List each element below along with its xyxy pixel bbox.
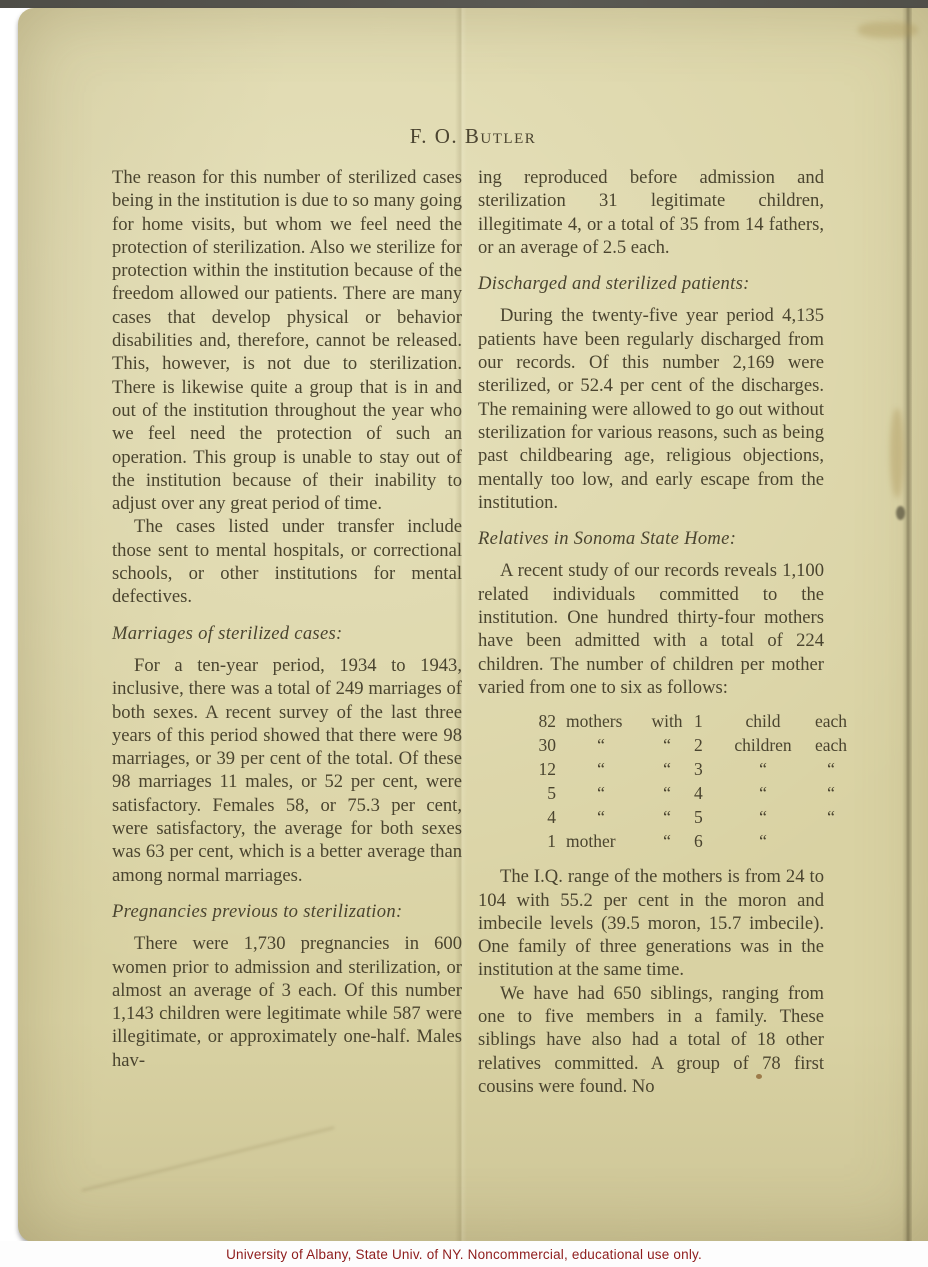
paragraph: For a ten-year period, 1934 to 1943, inc… [112,654,462,887]
ditto-mark: “ [560,757,642,781]
table-row: 30 “ “ 2 children each [534,733,824,757]
paragraph: There were 1,730 pregnancies in 600 wome… [112,932,462,1072]
section-heading: Discharged and sterilized patients: [478,272,824,295]
ditto-mark: “ [560,805,642,829]
paragraph: During the twenty-five year period 4,135… [478,304,824,514]
ditto-mark: “ [806,805,856,829]
children-count: 5 [692,805,720,829]
mothers-word: mothers [560,709,642,733]
table-row: 82 mothers with 1 child each [534,709,824,733]
stain [890,408,904,498]
paragraph: The I.Q. range of the mothers is from 24… [478,865,824,981]
paragraph: The reason for this number of sterilized… [112,166,462,515]
library-attribution-bar: University of Albany, State Univ. of NY.… [0,1241,928,1267]
children-count: 6 [692,829,720,853]
paragraph: We have had 650 siblings, ranging from o… [478,982,824,1098]
stain [858,22,918,38]
page-right-edge-crease [902,8,912,1242]
ditto-mark: “ [560,781,642,805]
children-count: 1 [692,709,720,733]
ditto-mark: “ [720,805,806,829]
mother-count: 82 [534,709,560,733]
right-column: ing reproduced before admission and ster… [478,166,824,1098]
each-word: each [806,709,856,733]
table-row: 5 “ “ 4 “ “ [534,781,824,805]
table-row: 1 mother “ 6 “ [534,829,824,853]
ditto-mark: “ [806,781,856,805]
section-heading: Marriages of sterilized cases: [112,622,462,645]
ditto-mark [806,829,856,853]
table-row: 12 “ “ 3 “ “ [534,757,824,781]
children-word: child [720,709,806,733]
scanned-page: F. O. Butler The reason for this number … [18,8,928,1242]
ditto-mark: “ [720,757,806,781]
scanner-background-strip [0,0,928,8]
mother-count: 1 [534,829,560,853]
ditto-mark: “ [720,829,806,853]
ditto-mark: “ [642,829,692,853]
paragraph: The cases listed under transfer include … [112,515,462,608]
each-word: each [806,733,856,757]
mother-count: 30 [534,733,560,757]
ditto-mark: “ [642,781,692,805]
mother-word: mother [560,829,642,853]
paragraph: ing reproduced before admission and ster… [478,166,824,259]
table-row: 4 “ “ 5 “ “ [534,805,824,829]
children-count: 2 [692,733,720,757]
mother-count: 5 [534,781,560,805]
children-count: 4 [692,781,720,805]
running-head-author: F. O. Butler [18,124,928,149]
ditto-mark: “ [642,733,692,757]
mother-count: 4 [534,805,560,829]
ditto-mark: “ [720,781,806,805]
left-column: The reason for this number of sterilized… [112,166,462,1072]
attribution-text: University of Albany, State Univ. of NY.… [226,1247,702,1262]
children-per-mother-table: 82 mothers with 1 child each 30 “ “ 2 ch… [534,709,824,853]
ditto-mark: “ [560,733,642,757]
paragraph: A recent study of our records reveals 1,… [478,559,824,699]
ditto-mark: “ [642,757,692,781]
section-heading: Relatives in Sonoma State Home: [478,527,824,550]
fold-mark [82,1127,335,1192]
mother-count: 12 [534,757,560,781]
with-word: with [642,709,692,733]
children-count: 3 [692,757,720,781]
children-word: children [720,733,806,757]
stain [896,506,905,520]
section-heading: Pregnancies previous to sterilization: [112,900,462,923]
ditto-mark: “ [806,757,856,781]
ditto-mark: “ [642,805,692,829]
